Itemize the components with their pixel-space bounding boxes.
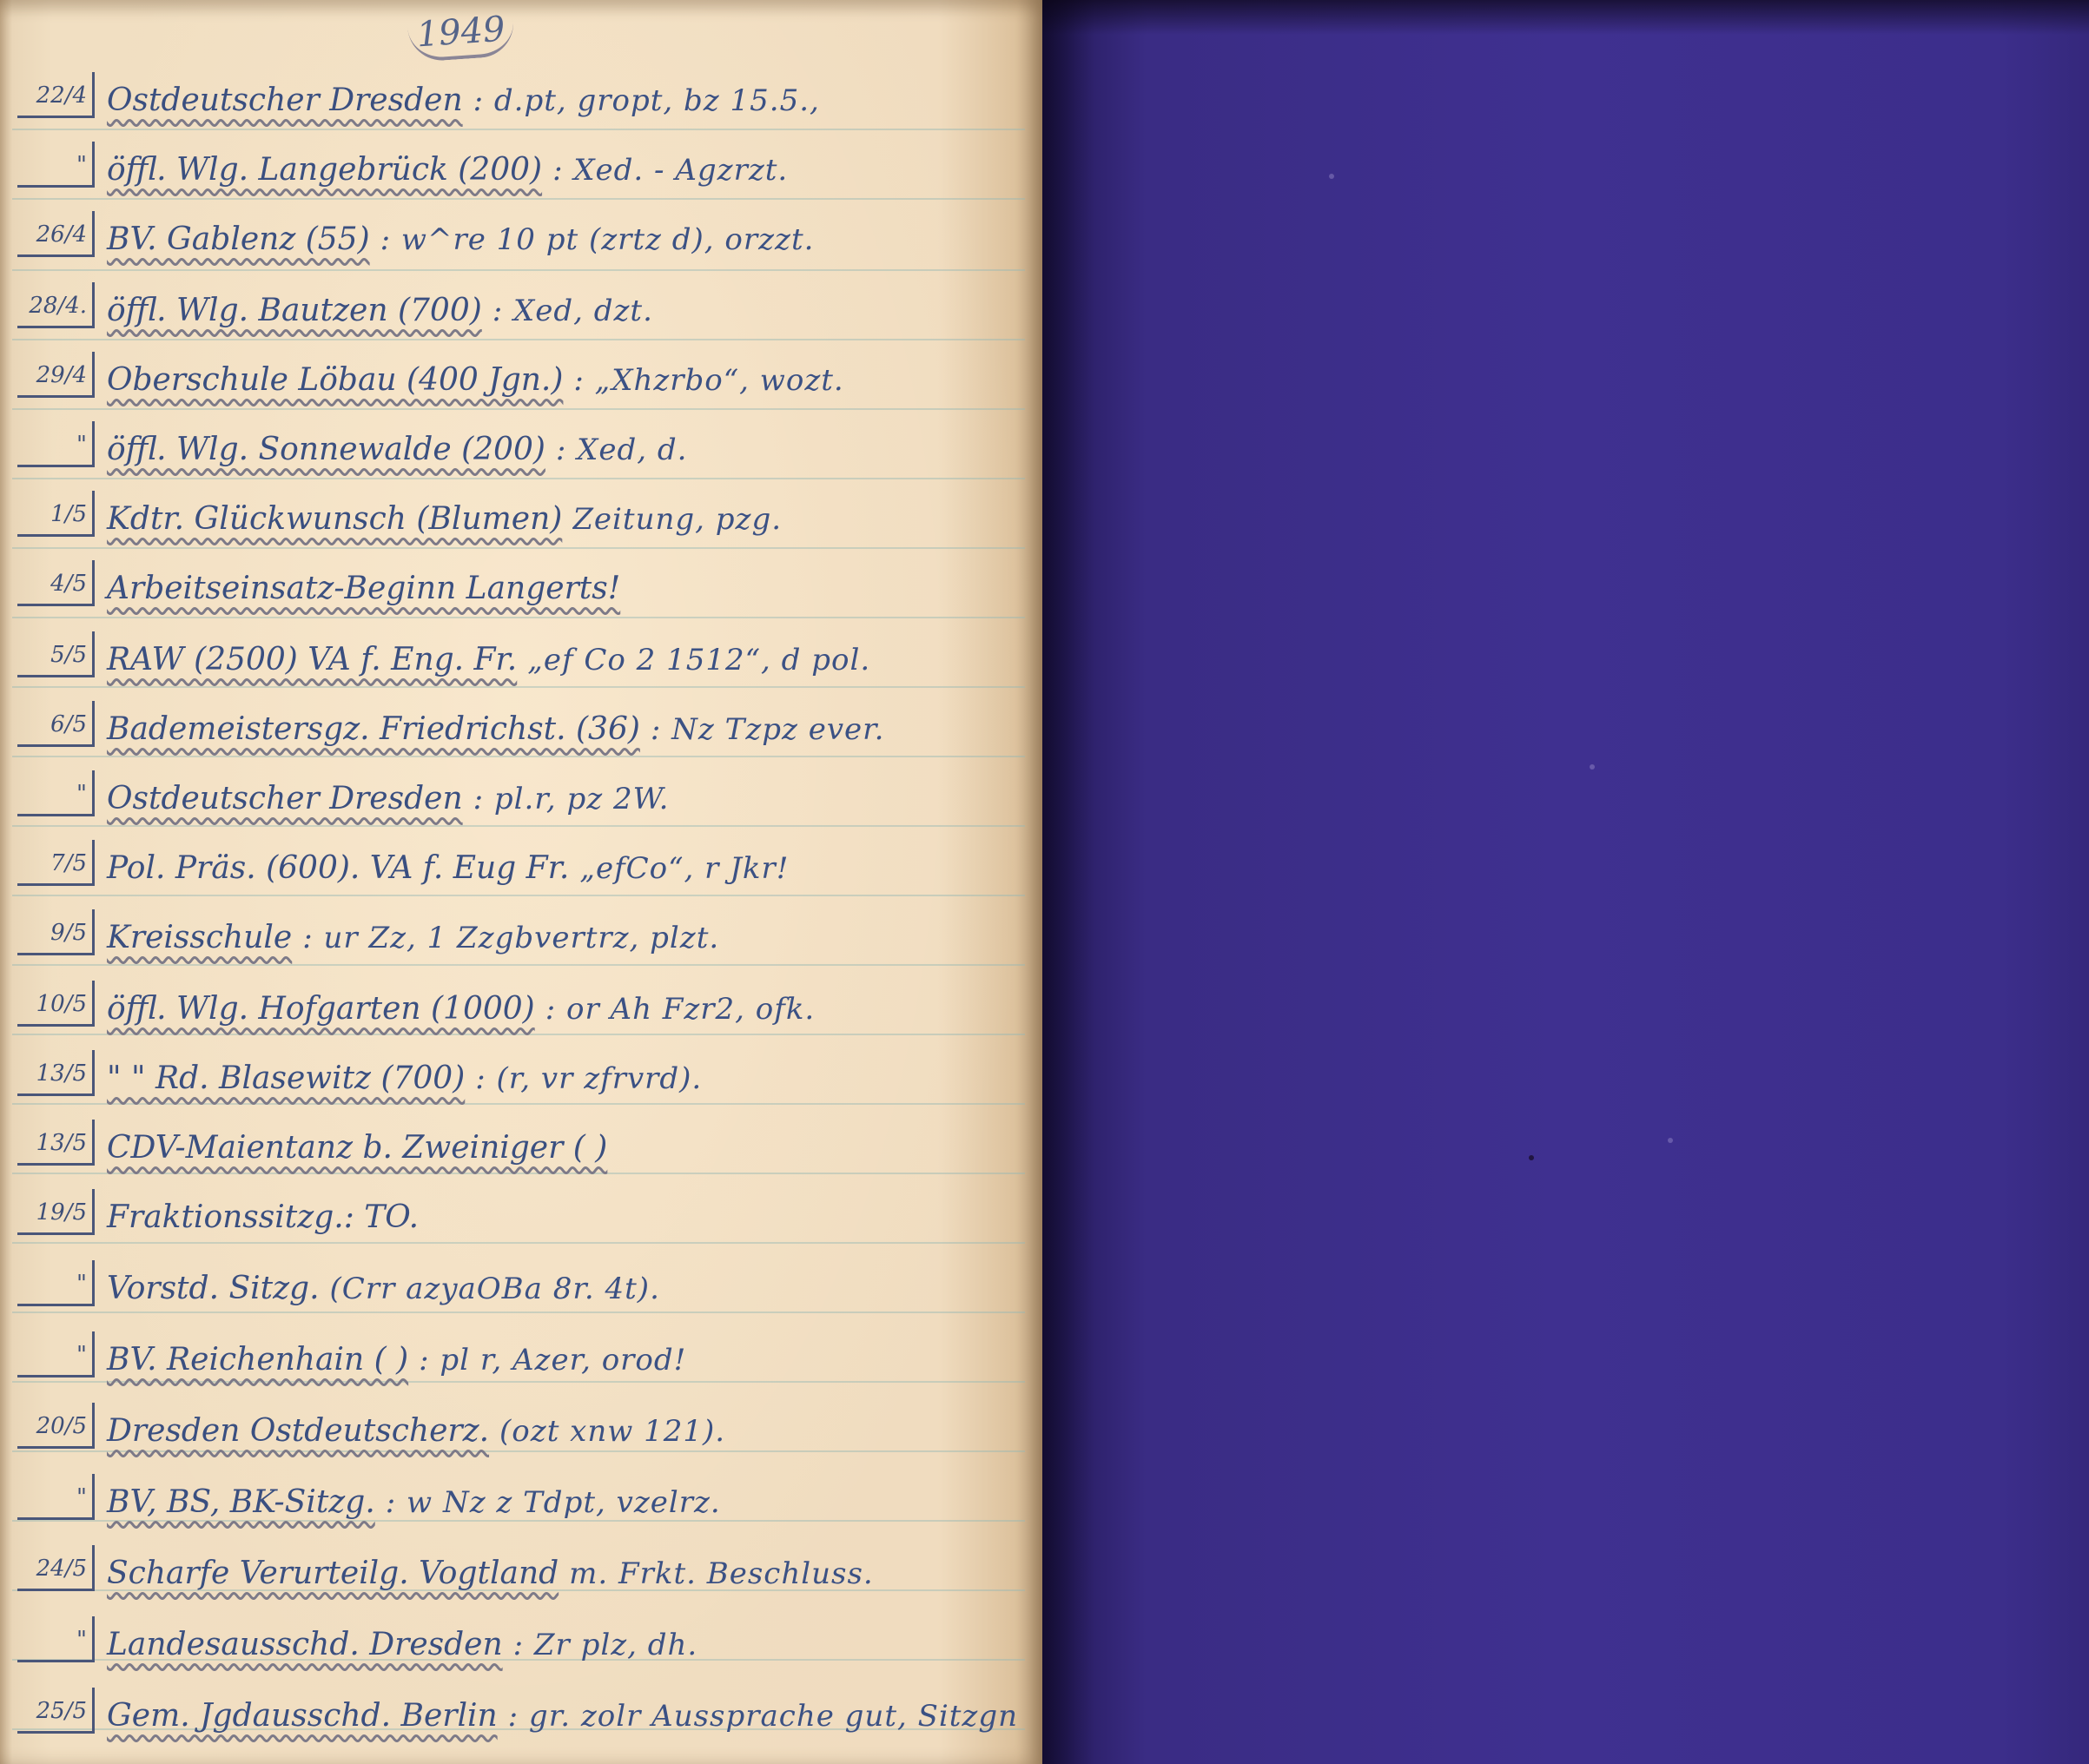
- entry-subject: Fraktionssitzg.: TO.: [107, 1199, 419, 1235]
- entry-date: ": [17, 1331, 95, 1378]
- entry-subject: BV. Gablenz (55): [107, 221, 370, 257]
- cover-fleck: [1329, 174, 1334, 179]
- entry-subject: Kreisschule: [107, 920, 292, 955]
- entry-subject: Landesausschd. Dresden: [107, 1627, 503, 1662]
- entry-date: 10/5: [17, 981, 95, 1027]
- entry-date: ": [17, 1474, 95, 1520]
- notebook-page: 1949 22/4 Ostdeutscher Dresden : d.pt, g…: [0, 0, 1042, 1764]
- entry-subject: Bademeistersgz. Friedrichst. (36): [107, 711, 640, 747]
- diary-entry: 25/5 Gem. Jgdausschd. Berlin : gr. zolr …: [17, 1673, 1016, 1734]
- entry-date: 1/5: [17, 491, 95, 537]
- entry-subject: " " Rd. Blasewitz (700): [107, 1060, 465, 1096]
- entry-subject: öffl. Wlg. Hofgarten (1000): [107, 991, 535, 1027]
- diary-entry: 1/5 Kdtr. Glückwunsch (Blumen) Zeitung, …: [17, 476, 1016, 537]
- entry-date: 4/5: [17, 560, 95, 606]
- diary-entry: 19/5 Fraktionssitzg.: TO.: [17, 1174, 1016, 1235]
- entry-date: 9/5: [17, 909, 95, 955]
- notebook-cover: [1042, 0, 2089, 1764]
- diary-entry: " Landesausschd. Dresden : Zr plz, dh.: [17, 1602, 1016, 1662]
- diary-entry: 24/5 Scharfe Verurteilg. Vogtland m. Frk…: [17, 1530, 1016, 1591]
- entry-date: 28/4.: [17, 282, 95, 328]
- diary-entry: 20/5 Dresden Ostdeutscherz. (ozt xnw 121…: [17, 1388, 1016, 1449]
- diary-entry: 13/5 CDV-Maientanz b. Zweiniger ( ): [17, 1105, 1016, 1166]
- entry-date: 6/5: [17, 701, 95, 747]
- entry-note: : or Ah Fzr2, ofk.: [545, 992, 816, 1027]
- year-heading: 1949: [407, 9, 515, 63]
- diary-entry: " öffl. Wlg. Langebrück (200) : Xed. - A…: [17, 127, 1016, 188]
- entry-date: ": [17, 1616, 95, 1662]
- entry-note: : Nz Tzpz ever.: [651, 712, 885, 747]
- entry-subject: Kdtr. Glückwunsch (Blumen): [107, 501, 562, 537]
- entry-date: 13/5: [17, 1120, 95, 1166]
- ruled-line: [12, 1381, 1025, 1383]
- entry-date: ": [17, 142, 95, 188]
- entry-note: : ur Zz, 1 Zzgbvertrz, plzt.: [302, 921, 719, 955]
- entry-note: : „Xhzrbo“, wozt.: [573, 363, 843, 398]
- entry-note: : Xed. - Agzrzt.: [552, 153, 788, 188]
- diary-entry: 26/4 BV. Gablenz (55) : w^re 10 pt (zrtz…: [17, 196, 1016, 257]
- entry-subject: Vorstd. Sitzg.: [107, 1271, 320, 1306]
- entry-date: ": [17, 421, 95, 467]
- entry-subject: Oberschule Löbau (400 Jgn.): [107, 362, 563, 398]
- diary-entry: 7/5 Pol. Präs. (600). VA f. Eug Fr. „efC…: [17, 825, 1016, 886]
- entry-note: „ef Co 2 1512“, d pol.: [527, 643, 870, 677]
- diary-entry: 4/5 Arbeitseinsatz-Beginn Langerts!: [17, 545, 1016, 606]
- entry-subject: BV, BS, BK-Sitzg.: [107, 1484, 375, 1520]
- diary-entry: 13/5 " " Rd. Blasewitz (700) : (r, vr zf…: [17, 1035, 1016, 1096]
- diary-entry: 9/5 Kreisschule : ur Zz, 1 Zzgbvertrz, p…: [17, 895, 1016, 955]
- entry-date: 26/4: [17, 211, 95, 257]
- entry-date: 24/5: [17, 1545, 95, 1591]
- ruled-line: [12, 1311, 1025, 1313]
- cover-fleck: [1590, 764, 1595, 770]
- entry-subject: Gem. Jgdausschd. Berlin: [107, 1698, 498, 1734]
- ruled-line: [12, 1520, 1025, 1522]
- entry-date: 7/5: [17, 840, 95, 886]
- diary-entry: 22/4 Ostdeutscher Dresden : d.pt, gropt,…: [17, 57, 1016, 118]
- entry-note: (Crr azyaOBa 8r. 4t).: [330, 1272, 660, 1306]
- diary-entry: 28/4. öffl. Wlg. Bautzen (700) : Xed, dz…: [17, 268, 1016, 328]
- entry-date: 5/5: [17, 631, 95, 677]
- ruled-line: [12, 1450, 1025, 1452]
- entry-date: 19/5: [17, 1189, 95, 1235]
- diary-entry: " Vorstd. Sitzg. (Crr azyaOBa 8r. 4t).: [17, 1245, 1016, 1306]
- diary-entry: 10/5 öffl. Wlg. Hofgarten (1000) : or Ah…: [17, 966, 1016, 1027]
- diary-entry: " öffl. Wlg. Sonnewalde (200) : Xed, d.: [17, 406, 1016, 467]
- entry-note: m. Frkt. Beschluss.: [569, 1556, 874, 1591]
- entry-subject: öffl. Wlg. Bautzen (700): [107, 293, 482, 328]
- entry-note: (ozt xnw 121).: [499, 1414, 725, 1449]
- cover-fleck: [1529, 1155, 1534, 1160]
- entry-subject: Ostdeutscher Dresden: [107, 83, 463, 118]
- cover-spine-shadow: [1042, 0, 1094, 1764]
- entry-subject: BV. Reichenhain ( ): [107, 1342, 408, 1378]
- entry-note: : gr. zolr Aussprache gut, Sitzgn.: [508, 1699, 1016, 1734]
- diary-entry: 29/4 Oberschule Löbau (400 Jgn.) : „Xhzr…: [17, 337, 1016, 398]
- entry-note: : Xed, dzt.: [493, 294, 653, 328]
- diary-entry: " BV. Reichenhain ( ) : pl r, Azer, orod…: [17, 1317, 1016, 1378]
- entry-note: : pl.r, pz 2W.: [473, 782, 670, 816]
- entry-subject: öffl. Wlg. Langebrück (200): [107, 152, 542, 188]
- entry-date: 13/5: [17, 1050, 95, 1096]
- cover-fleck: [1668, 1138, 1673, 1143]
- entry-note: : w^re 10 pt (zrtz d), orzzt.: [380, 222, 815, 257]
- cover-top-shadow: [1042, 0, 2089, 35]
- entry-date: ": [17, 770, 95, 816]
- diary-entry: 5/5 RAW (2500) VA f. Eng. Fr. „ef Co 2 1…: [17, 617, 1016, 677]
- entry-date: ": [17, 1260, 95, 1306]
- entry-date: 20/5: [17, 1403, 95, 1449]
- entry-subject: Scharfe Verurteilg. Vogtland: [107, 1556, 559, 1591]
- entry-note: : w Nz z Tdpt, vzelrz.: [386, 1485, 721, 1520]
- diary-entry: " Ostdeutscher Dresden : pl.r, pz 2W.: [17, 756, 1016, 816]
- entry-note: : pl r, Azer, orod!: [419, 1343, 686, 1378]
- entry-note: : Zr plz, dh.: [513, 1628, 698, 1662]
- entry-subject: Pol. Präs. (600). VA f. Eug Fr.: [107, 850, 569, 886]
- entry-note: : (r, vr zfrvrd).: [475, 1061, 702, 1096]
- diary-entry: " BV, BS, BK-Sitzg. : w Nz z Tdpt, vzelr…: [17, 1459, 1016, 1520]
- ruled-line: [12, 1242, 1025, 1244]
- entry-subject: Dresden Ostdeutscherz.: [107, 1413, 489, 1449]
- entry-subject: CDV-Maientanz b. Zweiniger ( ): [107, 1130, 607, 1166]
- entry-note: : Xed, d.: [556, 433, 688, 467]
- entry-note: : d.pt, gropt, bz 15.5.,: [473, 83, 820, 118]
- entry-note: Zeitung, pzg.: [572, 502, 782, 537]
- entry-date: 25/5: [17, 1688, 95, 1734]
- diary-entry: 6/5 Bademeistersgz. Friedrichst. (36) : …: [17, 686, 1016, 747]
- entry-date: 22/4: [17, 72, 95, 118]
- entry-subject: öffl. Wlg. Sonnewalde (200): [107, 432, 545, 467]
- entry-subject: RAW (2500) VA f. Eng. Fr.: [107, 642, 517, 677]
- entry-subject: Arbeitseinsatz-Beginn Langerts!: [107, 571, 620, 606]
- entry-note: „efCo“, r Jkr!: [579, 851, 789, 886]
- entry-date: 29/4: [17, 352, 95, 398]
- entry-subject: Ostdeutscher Dresden: [107, 781, 463, 816]
